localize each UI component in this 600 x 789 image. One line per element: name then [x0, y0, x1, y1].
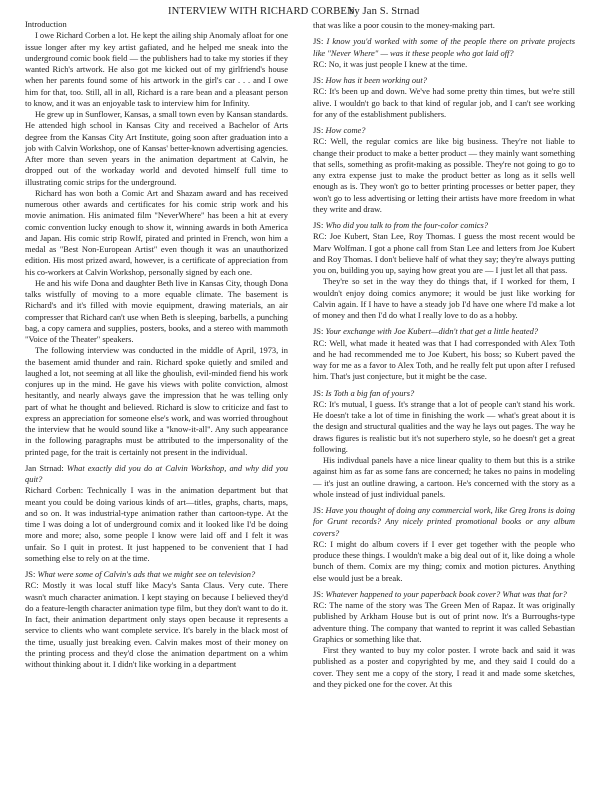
answer-text: Technically I was in the animation depar…	[25, 485, 288, 563]
qa-block: JS: How has it been working out? RC: It'…	[313, 75, 575, 120]
answer-speaker: RC:	[313, 86, 327, 96]
intro-paragraph: I owe Richard Corben a lot. He kept the …	[25, 30, 288, 109]
question-text: Is Toth a big fan of yours?	[325, 388, 414, 398]
qa-block: JS: Is Toth a big fan of yours? RC: It's…	[313, 388, 575, 501]
qa-block: JS: Who did you talk to from the four-co…	[313, 220, 575, 321]
answer-speaker: RC:	[313, 59, 327, 69]
answer-speaker: RC:	[313, 338, 327, 348]
question-speaker: JS:	[25, 569, 35, 579]
question-speaker: JS:	[313, 75, 323, 85]
answer-speaker: RC:	[313, 539, 327, 549]
answer-text: Mostly it was local stuff like Macy's Sa…	[25, 580, 288, 669]
question-speaker: JS:	[313, 220, 323, 230]
question-text: Your exchange with Joe Kubert—didn't tha…	[325, 326, 538, 336]
answer-speaker: Richard Corben:	[25, 485, 83, 495]
qa-block: Jan Strnad: What exactly did you do at C…	[25, 463, 288, 564]
continued-text: that was like a poor cousin to the money…	[313, 20, 575, 31]
answer-text: I might do album covers if I ever get to…	[313, 539, 575, 583]
answer-text: It's been up and down. We've had some pr…	[313, 86, 575, 119]
question-text: Have you thought of doing any commercial…	[313, 505, 575, 538]
question-text: Who did you talk to from the four-color …	[325, 220, 488, 230]
intro-paragraph: Richard has won both a Comic Art and Sha…	[25, 188, 288, 278]
answer-text: Well, what made it heated was that I had…	[313, 338, 575, 382]
right-column: that was like a poor cousin to the money…	[313, 20, 575, 690]
answer-text: It's mutual, I guess. It's strange that …	[313, 399, 575, 454]
question-text: What exactly did you do at Calvin Worksh…	[25, 463, 288, 484]
intro-paragraph: He and his wife Dona and daughter Beth l…	[25, 278, 288, 346]
left-column: Introduction I owe Richard Corben a lot.…	[25, 19, 288, 670]
article-byline: by Jan S. Strnad	[349, 6, 419, 17]
answer-text: Joe Kubert, Stan Lee, Roy Thomas. I gues…	[313, 231, 575, 275]
answer-text: The name of the story was The Green Men …	[313, 600, 575, 644]
answer-speaker: RC:	[313, 600, 327, 610]
question-speaker: JS:	[313, 505, 323, 515]
question-text: How has it been working out?	[325, 75, 426, 85]
answer-speaker: RC:	[313, 399, 327, 409]
question-speaker: JS:	[313, 125, 323, 135]
answer-speaker: RC:	[313, 136, 327, 146]
answer-continuation: They're so set in the way they do things…	[313, 276, 575, 321]
answer-continuation: His indivdual panels have a nice linear …	[313, 455, 575, 500]
qa-block: JS: Your exchange with Joe Kubert—didn't…	[313, 326, 575, 382]
question-text: Whatever happened to your paperback book…	[325, 589, 566, 599]
qa-block: JS: Have you thought of doing any commer…	[313, 505, 575, 584]
question-speaker: JS:	[313, 589, 323, 599]
qa-block: JS: How come? RC: Well, the regular comi…	[313, 125, 575, 215]
intro-paragraph: He grew up in Sunflower, Kansas, a small…	[25, 109, 288, 188]
question-speaker: JS:	[313, 388, 323, 398]
answer-text: Well, the regular comics are like big bu…	[313, 136, 575, 214]
answer-speaker: RC:	[25, 580, 39, 590]
qa-block: JS: What were some of Calvin's ads that …	[25, 569, 288, 670]
qa-block: JS: I know you'd worked with some of the…	[313, 36, 575, 70]
question-speaker: JS:	[313, 326, 323, 336]
answer-text: No, it was just people I knew at the tim…	[329, 59, 468, 69]
intro-paragraph: The following interview was conducted in…	[25, 345, 288, 458]
answer-continuation: First they wanted to buy my color poster…	[313, 645, 575, 690]
question-speaker: JS:	[313, 36, 323, 46]
intro-heading: Introduction	[25, 19, 288, 30]
answer-speaker: RC:	[313, 231, 327, 241]
question-text: How come?	[325, 125, 365, 135]
question-text: What were some of Calvin's ads that we m…	[37, 569, 255, 579]
article-title: INTERVIEW WITH RICHARD CORBEN	[168, 6, 355, 17]
question-text: I know you'd worked with some of the peo…	[313, 36, 575, 57]
qa-block: JS: Whatever happened to your paperback …	[313, 589, 575, 690]
question-speaker: Jan Strnad:	[25, 463, 64, 473]
